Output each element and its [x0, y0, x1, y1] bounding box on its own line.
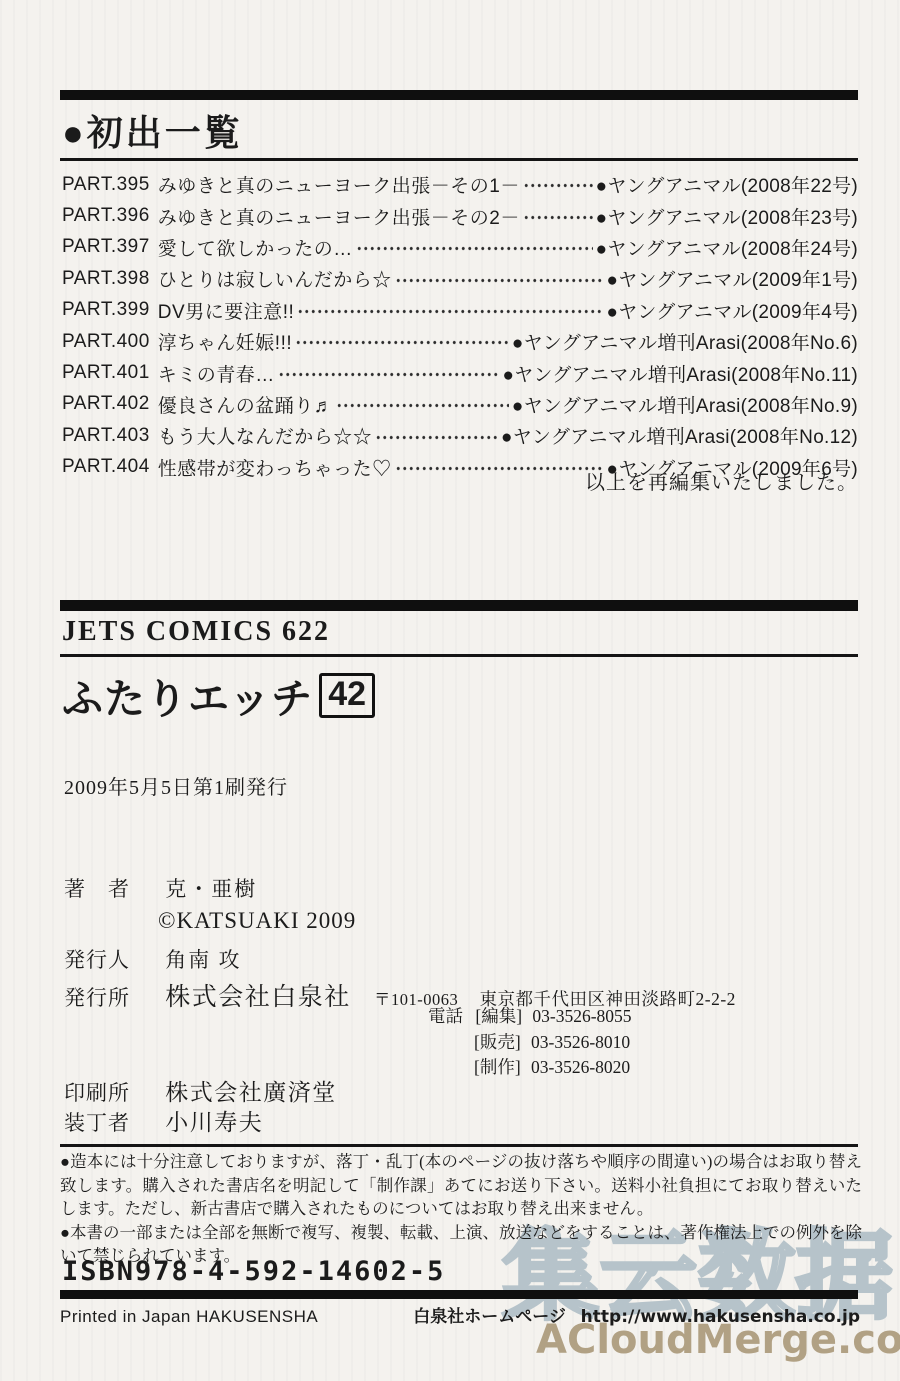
editing-phone-number: 03-3526-8055 [532, 1006, 631, 1026]
designer-row: 装丁者 小川寿夫 [64, 1104, 263, 1137]
part-number: PART.402 [62, 393, 150, 415]
replacement-notice: ●造本には十分注意しておりますが、落丁・乱丁(本のページの抜け落ちや順序の間違い… [60, 1150, 862, 1221]
dot-leader [336, 395, 509, 414]
notice-rule [60, 1144, 858, 1147]
printing-date: 2009年5月5日第1刷発行 [64, 771, 288, 800]
phone-production-line: [制作] 03-3526-8020 [428, 1055, 632, 1081]
dot-leader [375, 426, 498, 445]
isbn-number: ISBN978-4-592-14602-5 [62, 1256, 445, 1287]
phone-editing-line: 電話 [編集] 03-3526-8055 [428, 1004, 632, 1030]
series-label: JETS COMICS 622 [62, 616, 330, 648]
printed-in-text: Printed in Japan HAKUSENSHA [60, 1307, 318, 1327]
publication-row: PART.396 みゆきと真のニューヨーク出張－その2－ ●ヤングアニマル(20… [62, 200, 858, 231]
magazine-source: ●ヤングアニマル増刊Arasi(2008年No.12) [501, 422, 858, 449]
magazine-source: ●ヤングアニマル(2009年1号) [606, 265, 858, 292]
book-title: ふたりエッチ [62, 666, 313, 725]
episode-title: 愛して欲しかったの… [158, 234, 353, 261]
publication-row: PART.402 優良さんの盆踊り♬ ●ヤングアニマル増刊Arasi(2008年… [62, 389, 858, 420]
magazine-source: ●ヤングアニマル(2008年24号) [596, 234, 858, 261]
issuer-label: 発行人 [64, 944, 152, 974]
volume-number-box: 42 [319, 673, 375, 718]
designer-name: 小川寿夫 [165, 1110, 263, 1135]
sales-dept-label: [販売] [474, 1032, 521, 1052]
part-number: PART.400 [62, 331, 150, 353]
dot-leader [395, 269, 604, 288]
issuer-row: 発行人 角南 攻 [64, 944, 242, 974]
publisher-name: 株式会社白泉社 [165, 984, 351, 1011]
tel-label: 電話 [428, 1006, 463, 1026]
series-rule [60, 654, 858, 657]
publication-row: PART.399 DV男に要注意!! ●ヤングアニマル(2009年4号) [62, 295, 858, 326]
part-number: PART.401 [62, 362, 150, 384]
designer-label: 装丁者 [64, 1107, 152, 1137]
dot-leader [297, 301, 603, 320]
part-number: PART.403 [62, 425, 150, 447]
phone-sales-line: [販売] 03-3526-8010 [428, 1030, 632, 1056]
publication-row: PART.395 みゆきと真のニューヨーク出張－その1－ ●ヤングアニマル(20… [62, 169, 858, 200]
first-publication-list: PART.395 みゆきと真のニューヨーク出張－その1－ ●ヤングアニマル(20… [62, 169, 858, 483]
episode-title: みゆきと真のニューヨーク出張－その2－ [158, 203, 520, 230]
magazine-source: ●ヤングアニマル増刊Arasi(2008年No.9) [512, 391, 858, 418]
issuer-name: 角南 攻 [165, 948, 241, 972]
printer-name: 株式会社廣済堂 [165, 1080, 337, 1105]
episode-title: 淳ちゃん妊娠!!! [158, 328, 292, 355]
footer-row: Printed in Japan HAKUSENSHA 白泉社ホームページ ht… [60, 1302, 860, 1327]
dot-leader [523, 175, 593, 194]
episode-title: 優良さんの盆踊り♬ [158, 391, 334, 418]
dot-leader [356, 238, 593, 257]
episode-title: みゆきと真のニューヨーク出張－その1－ [158, 171, 520, 198]
editing-dept-label: [編集] [475, 1006, 522, 1026]
production-dept-label: [制作] [474, 1057, 521, 1077]
part-number: PART.395 [62, 174, 150, 196]
author-label: 著 者 [64, 873, 152, 903]
legal-notices: ●造本には十分注意しておりますが、落丁・乱丁(本のページの抜け落ちや順序の間違い… [60, 1150, 862, 1268]
first-publication-heading: ●初出一覧 [62, 105, 243, 156]
printer-row: 印刷所 株式会社廣済堂 [64, 1074, 337, 1107]
book-title-row: ふたりエッチ 42 [62, 666, 375, 725]
publication-row: PART.397 愛して欲しかったの… ●ヤングアニマル(2008年24号) [62, 232, 858, 263]
part-number: PART.404 [62, 456, 150, 478]
author-row: 著 者 克・亜樹 [64, 873, 257, 903]
production-phone-number: 03-3526-8020 [531, 1057, 630, 1077]
part-number: PART.397 [62, 236, 150, 258]
dot-leader [523, 207, 593, 226]
dot-leader [395, 458, 604, 477]
reedit-note: 以上を再編集いたしました。 [585, 466, 858, 495]
top-divider-bar [60, 90, 858, 100]
author-name: 克・亜樹 [165, 877, 257, 901]
dot-leader [278, 364, 500, 383]
magazine-source: ●ヤングアニマル(2008年22号) [596, 171, 858, 198]
magazine-source: ●ヤングアニマル増刊Arasi(2008年No.6) [512, 328, 858, 355]
episode-title: ひとりは寂しいんだから☆ [158, 265, 392, 292]
part-number: PART.398 [62, 268, 150, 290]
book-colophon-page: 集云数据 ACloudMerge.com ●初出一覧 PART.395 みゆきと… [0, 0, 900, 1381]
episode-title: もう大人なんだから☆☆ [158, 422, 373, 449]
magazine-source: ●ヤングアニマル(2009年4号) [606, 297, 858, 324]
episode-title: DV男に要注意!! [158, 297, 294, 324]
part-number: PART.396 [62, 205, 150, 227]
homepage-line: 白泉社ホームページ http://www.hakusensha.co.jp [413, 1302, 860, 1327]
heading-rule [60, 158, 858, 161]
copyright-line: ©KATSUAKI 2009 [158, 908, 356, 934]
magazine-source: ●ヤングアニマル増刊Arasi(2008年No.11) [502, 360, 858, 387]
publication-row: PART.403 もう大人なんだから☆☆ ●ヤングアニマル増刊Arasi(200… [62, 420, 858, 451]
part-number: PART.399 [62, 299, 150, 321]
phone-block: 電話 [編集] 03-3526-8055 [販売] 03-3526-8010 [… [428, 1004, 632, 1081]
dot-leader [295, 332, 509, 351]
magazine-source: ●ヤングアニマル(2008年23号) [596, 203, 858, 230]
printer-label: 印刷所 [64, 1077, 152, 1107]
homepage-url: http://www.hakusensha.co.jp [581, 1307, 860, 1327]
publisher-row: 発行所 株式会社白泉社 〒101-0063 東京都千代田区神田淡路町2-2-2 [64, 977, 736, 1013]
publication-row: PART.400 淳ちゃん妊娠!!! ●ヤングアニマル増刊Arasi(2008年… [62, 326, 858, 357]
sales-phone-number: 03-3526-8010 [531, 1032, 630, 1052]
publication-row: PART.398 ひとりは寂しいんだから☆ ●ヤングアニマル(2009年1号) [62, 263, 858, 294]
homepage-label: 白泉社ホームページ [413, 1307, 566, 1326]
publisher-label: 発行所 [64, 982, 152, 1012]
publication-row: PART.401 キミの青春… ●ヤングアニマル増刊Arasi(2008年No.… [62, 357, 858, 388]
bottom-divider-bar [60, 1290, 858, 1299]
episode-title: 性感帯が変わっちゃった♡ [158, 454, 392, 481]
episode-title: キミの青春… [158, 360, 275, 387]
middle-divider-bar [60, 600, 858, 611]
